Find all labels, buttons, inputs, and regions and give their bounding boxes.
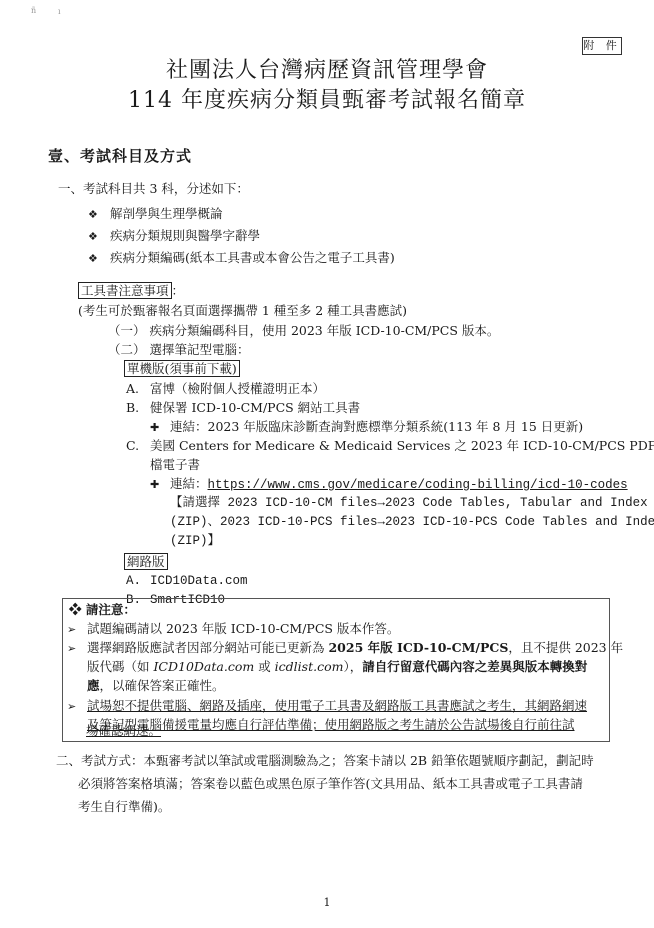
download-instructions: (ZIP)、2023 ICD-10-PCS files→2023 ICD-10-…: [170, 513, 654, 531]
toolbook-heading: 工具書注意事項：: [78, 282, 184, 300]
notice-point-continued: 場確認網速。: [86, 722, 161, 740]
download-instructions: 【請選擇 2023 ICD-10-CM files→2023 Code Tabl…: [170, 494, 648, 512]
standalone-item-continued: 檔電子書: [150, 456, 200, 474]
standalone-version-heading: 單機版(須事前下載): [124, 360, 240, 378]
notice-point: ➢試場恕不提供電腦、網路及插座，使用電子工具書及網路版工具書應試之考生，其網路網…: [67, 697, 587, 716]
notice-point: ➢選擇網路版應試者因部分網站可能已更新為 2025 年版 ICD-10-CM/P…: [67, 639, 623, 658]
toolbook-rule: （二） 選擇筆記型電腦：: [108, 341, 249, 359]
notice-point-continued: 應，以確保答案正確性。: [87, 677, 225, 695]
document-title-main: 114 年度疾病分類員甄審考試報名簡章: [0, 88, 654, 114]
page-number: 1: [0, 896, 654, 909]
attachment-badge: 附 件: [582, 37, 622, 55]
standalone-item: A.富博（檢附個人授權證明正本）: [126, 380, 325, 398]
section-heading: 壹、考試科目及方式: [48, 145, 192, 166]
toolbook-rule: （一） 疾病分類編碼科目，使用 2023 年版 ICD-10-CM/PCS 版本…: [108, 322, 499, 340]
download-instructions: (ZIP)】: [170, 532, 220, 550]
arrowhead-bullet-icon: ➢: [67, 698, 87, 716]
notice-title: ❖ 請注意：: [69, 601, 136, 619]
arrowhead-bullet-icon: ➢: [67, 621, 87, 639]
notice-box: ❖ 請注意： ➢試題編碼請以 2023 年版 ICD-10-CM/PCS 版本作…: [62, 598, 610, 742]
diamond-bullet-icon: ❖: [88, 250, 110, 268]
scan-mark: ñ: [31, 6, 36, 15]
subject-item: ❖疾病分類規則與醫學字辭學: [88, 227, 260, 246]
exam-method-continued: 考生自行準備)。: [78, 798, 170, 816]
diamond-bullet-icon: ❖: [88, 228, 110, 246]
exam-method: 二、考試方式：本甄審考試以筆試或電腦測驗為之；答案卡請以 2B 鉛筆依題號順序劃…: [56, 752, 594, 770]
standalone-item-link: ✚連結：2023 年版臨床診斷查詢對應標準分類系統(113 年 8 月 15 日…: [150, 418, 583, 437]
document-title-org: 社團法人台灣病歷資訊管理學會: [0, 58, 654, 84]
exam-method-continued: 必須將答案格填滿；答案卷以藍色或黑色原子筆作答(文具用品、紙本工具書或電子工具書…: [78, 775, 583, 793]
arrow-down-bullet-icon: ✚: [150, 476, 170, 494]
standalone-item: C.美國 Centers for Medicare & Medicaid Ser…: [126, 437, 654, 455]
standalone-item: B.健保署 ICD-10-CM/PCS 網站工具書: [126, 399, 360, 417]
notice-point-continued: 版代碼（如 ICD10Data.com 或 icdlist.com），請自行留意…: [87, 658, 587, 676]
toolbook-note: (考生可於甄審報名頁面選擇攜帶 1 種至多 2 種工具書應試): [78, 302, 407, 320]
toolbook-title-box: 工具書注意事項: [78, 282, 172, 299]
cms-link-row: ✚連結：https://www.cms.gov/medicare/coding-…: [150, 475, 628, 494]
notice-point: ➢試題編碼請以 2023 年版 ICD-10-CM/PCS 版本作答。: [67, 620, 399, 639]
subject-item: ❖解剖學與生理學概論: [88, 205, 223, 224]
cms-icd10-link[interactable]: https://www.cms.gov/medicare/coding-bill…: [208, 478, 628, 492]
exam-subjects-intro: 一、考試科目共 3 科，分述如下：: [58, 180, 249, 198]
subject-item: ❖疾病分類編碼(紙本工具書或本會公告之電子工具書): [88, 249, 395, 268]
diamond-bullet-icon: ❖: [88, 206, 110, 224]
online-item: A.ICD10Data.com: [126, 572, 248, 590]
arrowhead-bullet-icon: ➢: [67, 640, 87, 658]
scan-mark: ı: [58, 7, 61, 16]
arrow-down-bullet-icon: ✚: [150, 419, 170, 437]
online-version-heading: 網路版: [124, 553, 168, 571]
